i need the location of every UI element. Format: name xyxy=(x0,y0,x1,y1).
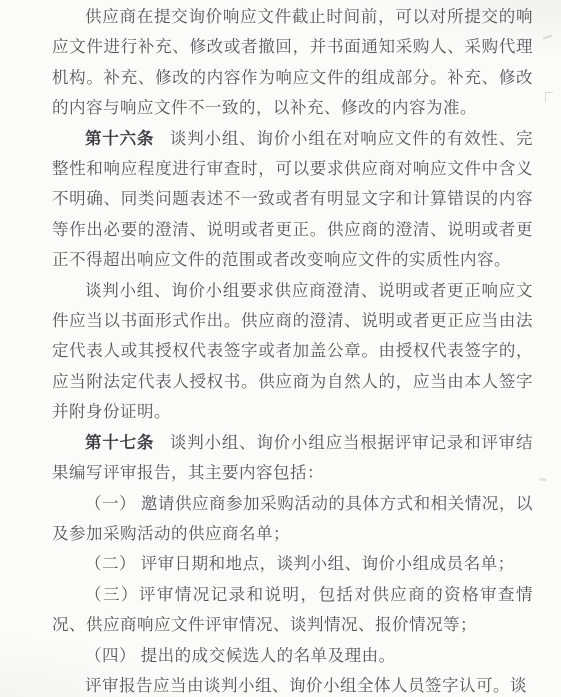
article-number: 第十七条 xyxy=(85,433,154,452)
article-number: 第十六条 xyxy=(85,129,154,148)
paragraph: 谈判小组、询价小组要求供应商澄清、说明或者更正响应文件应当以书面形式作出。供应商… xyxy=(52,276,533,428)
paragraph-text: （二） 评审日期和地点，谈判小组、询价小组成员名单； xyxy=(85,554,515,573)
list-item-2: （二） 评审日期和地点，谈判小组、询价小组成员名单； xyxy=(52,549,533,579)
scan-artifact xyxy=(539,477,547,482)
paragraph-article-16: 第十六条谈判小组、询价小组在对响应文件的有效性、完整性和响应程度进行审查时，可以… xyxy=(52,124,533,276)
document-page: 供应商在提交询价响应文件截止时间前，可以对所提交的响应文件进行补充、修改或者撤回… xyxy=(0,0,561,697)
paragraph-article-17: 第十七条谈判小组、询价小组应当根据评审记录和评审结果编写评审报告，其主要内容包括… xyxy=(52,428,533,489)
paragraph-text: 谈判小组、询价小组在对响应文件的有效性、完整性和响应程度进行审查时，可以要求供应… xyxy=(52,129,533,270)
document-text-block: 供应商在提交询价响应文件截止时间前，可以对所提交的响应文件进行补充、修改或者撤回… xyxy=(52,2,533,697)
list-item-1: （一） 邀请供应商参加采购活动的具体方式和相关情况，以及参加采购活动的供应商名单… xyxy=(52,489,533,550)
list-item-3: （三）评审情况记录和说明，包括对供应商的资格审查情况、供应商响应文件评审情况、谈… xyxy=(52,580,533,641)
paragraph-text: 谈判小组、询价小组要求供应商澄清、说明或者更正响应文件应当以书面形式作出。供应商… xyxy=(52,281,533,422)
list-item-4: （四） 提出的成交候选人的名单及理由。 xyxy=(52,641,533,671)
scan-artifact xyxy=(545,92,553,102)
scan-artifact xyxy=(543,35,552,40)
paragraph: 供应商在提交询价响应文件截止时间前，可以对所提交的响应文件进行补充、修改或者撤回… xyxy=(52,2,533,124)
paragraph: 评审报告应当由谈判小组、询价小组全体人员签字认可。谈 xyxy=(52,671,533,697)
paragraph-text: （三）评审情况记录和说明，包括对供应商的资格审查情况、供应商响应文件评审情况、谈… xyxy=(52,585,533,634)
paragraph-text: 供应商在提交询价响应文件截止时间前，可以对所提交的响应文件进行补充、修改或者撤回… xyxy=(52,7,533,117)
paragraph-text: （一） 邀请供应商参加采购活动的具体方式和相关情况，以及参加采购活动的供应商名单… xyxy=(52,494,533,543)
paragraph-text: 评审报告应当由谈判小组、询价小组全体人员签字认可。谈 xyxy=(85,676,527,695)
paragraph-text: （四） 提出的成交候选人的名单及理由。 xyxy=(85,646,396,665)
